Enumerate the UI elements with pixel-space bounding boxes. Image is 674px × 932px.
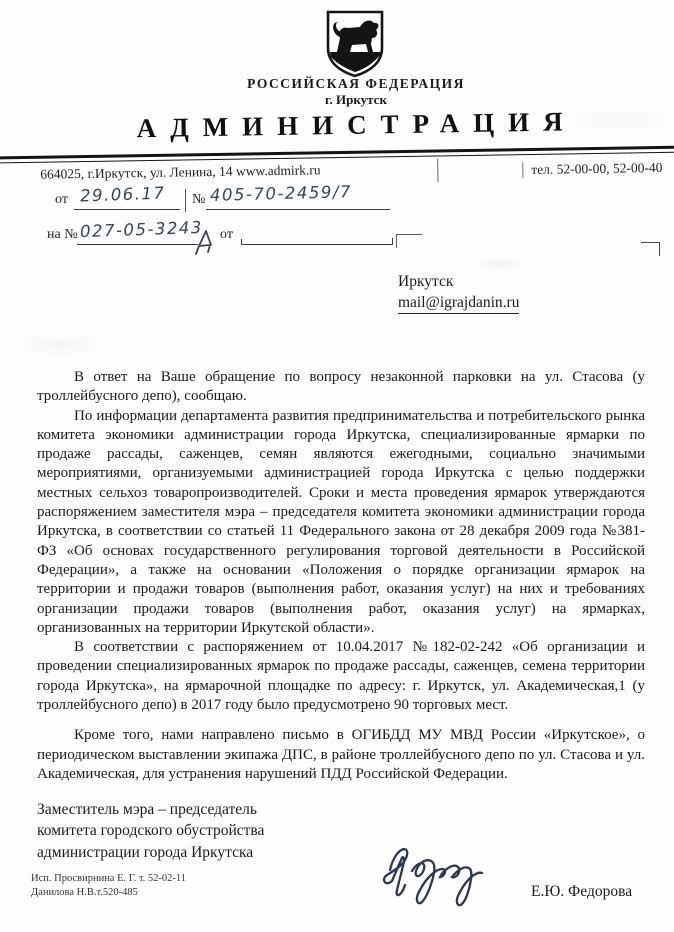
- signer-position: Заместитель мэра – председатель комитета…: [37, 799, 337, 863]
- paragraph-intro: В ответ на Ваше обращение по вопросу нез…: [37, 368, 645, 407]
- signer-name: Е.Ю. Федорова: [531, 883, 632, 901]
- outgoing-date-line: [74, 209, 180, 210]
- organization-title: АДМИНИСТРАЦИЯ: [0, 104, 674, 146]
- org-phone: тел. 52-00-00, 52-00-40: [522, 160, 662, 178]
- reply-number-label: на №: [47, 227, 78, 243]
- address-divider: [437, 158, 438, 182]
- executor-block: Исп. Просвирнина Е. Г. т. 52-02-11 Данил…: [31, 872, 186, 899]
- handwritten-signature: [376, 840, 488, 913]
- outgoing-number-handwritten: 405-70-2459/7: [210, 182, 352, 205]
- recipient-email: mail@igrajdanin.ru: [398, 294, 519, 314]
- signer-position-line: комитета городского обустройства: [37, 820, 337, 841]
- executor-line: Исп. Просвирнина Е. Г. т. 52-02-11: [31, 872, 186, 886]
- signer-position-line: администрации города Иркутска: [37, 842, 337, 863]
- fields-divider: [185, 189, 186, 212]
- handwritten-mark: [195, 229, 215, 262]
- reply-number-line: [77, 244, 198, 245]
- org-address: 664025, г.Иркутск, ул. Ленина, 14 www.ad…: [40, 162, 320, 182]
- executor-line: Данилова Н.В.т.520-485: [31, 886, 186, 900]
- paragraph-gibdd: Кроме того, нами направлено письмо в ОГИ…: [37, 726, 645, 784]
- recipient-city: Иркутск: [398, 273, 453, 291]
- outgoing-number-label: №: [192, 192, 205, 208]
- paragraph-fairs-info: По информации департамента развития пред…: [37, 407, 645, 639]
- recipient-zone-right-bracket: [641, 242, 660, 256]
- scanned-letter-page: РОССИЙСКАЯ ФЕДЕРАЦИЯ г. Иркутск АДМИНИСТ…: [0, 0, 674, 932]
- letter-body: В ответ на Ваше обращение по вопросу нез…: [37, 368, 645, 784]
- outgoing-number-line: [206, 209, 390, 210]
- reply-date-line: [241, 244, 393, 245]
- reply-date-label: от: [220, 227, 233, 243]
- recipient-zone-left-bracket: [396, 234, 422, 248]
- outgoing-date-label: от: [55, 192, 68, 208]
- outgoing-date-handwritten: 29.06.17: [80, 184, 166, 206]
- signer-position-line: Заместитель мэра – председатель: [37, 799, 337, 820]
- paragraph-order: В соответствии с распоряжением от 10.04.…: [37, 638, 645, 715]
